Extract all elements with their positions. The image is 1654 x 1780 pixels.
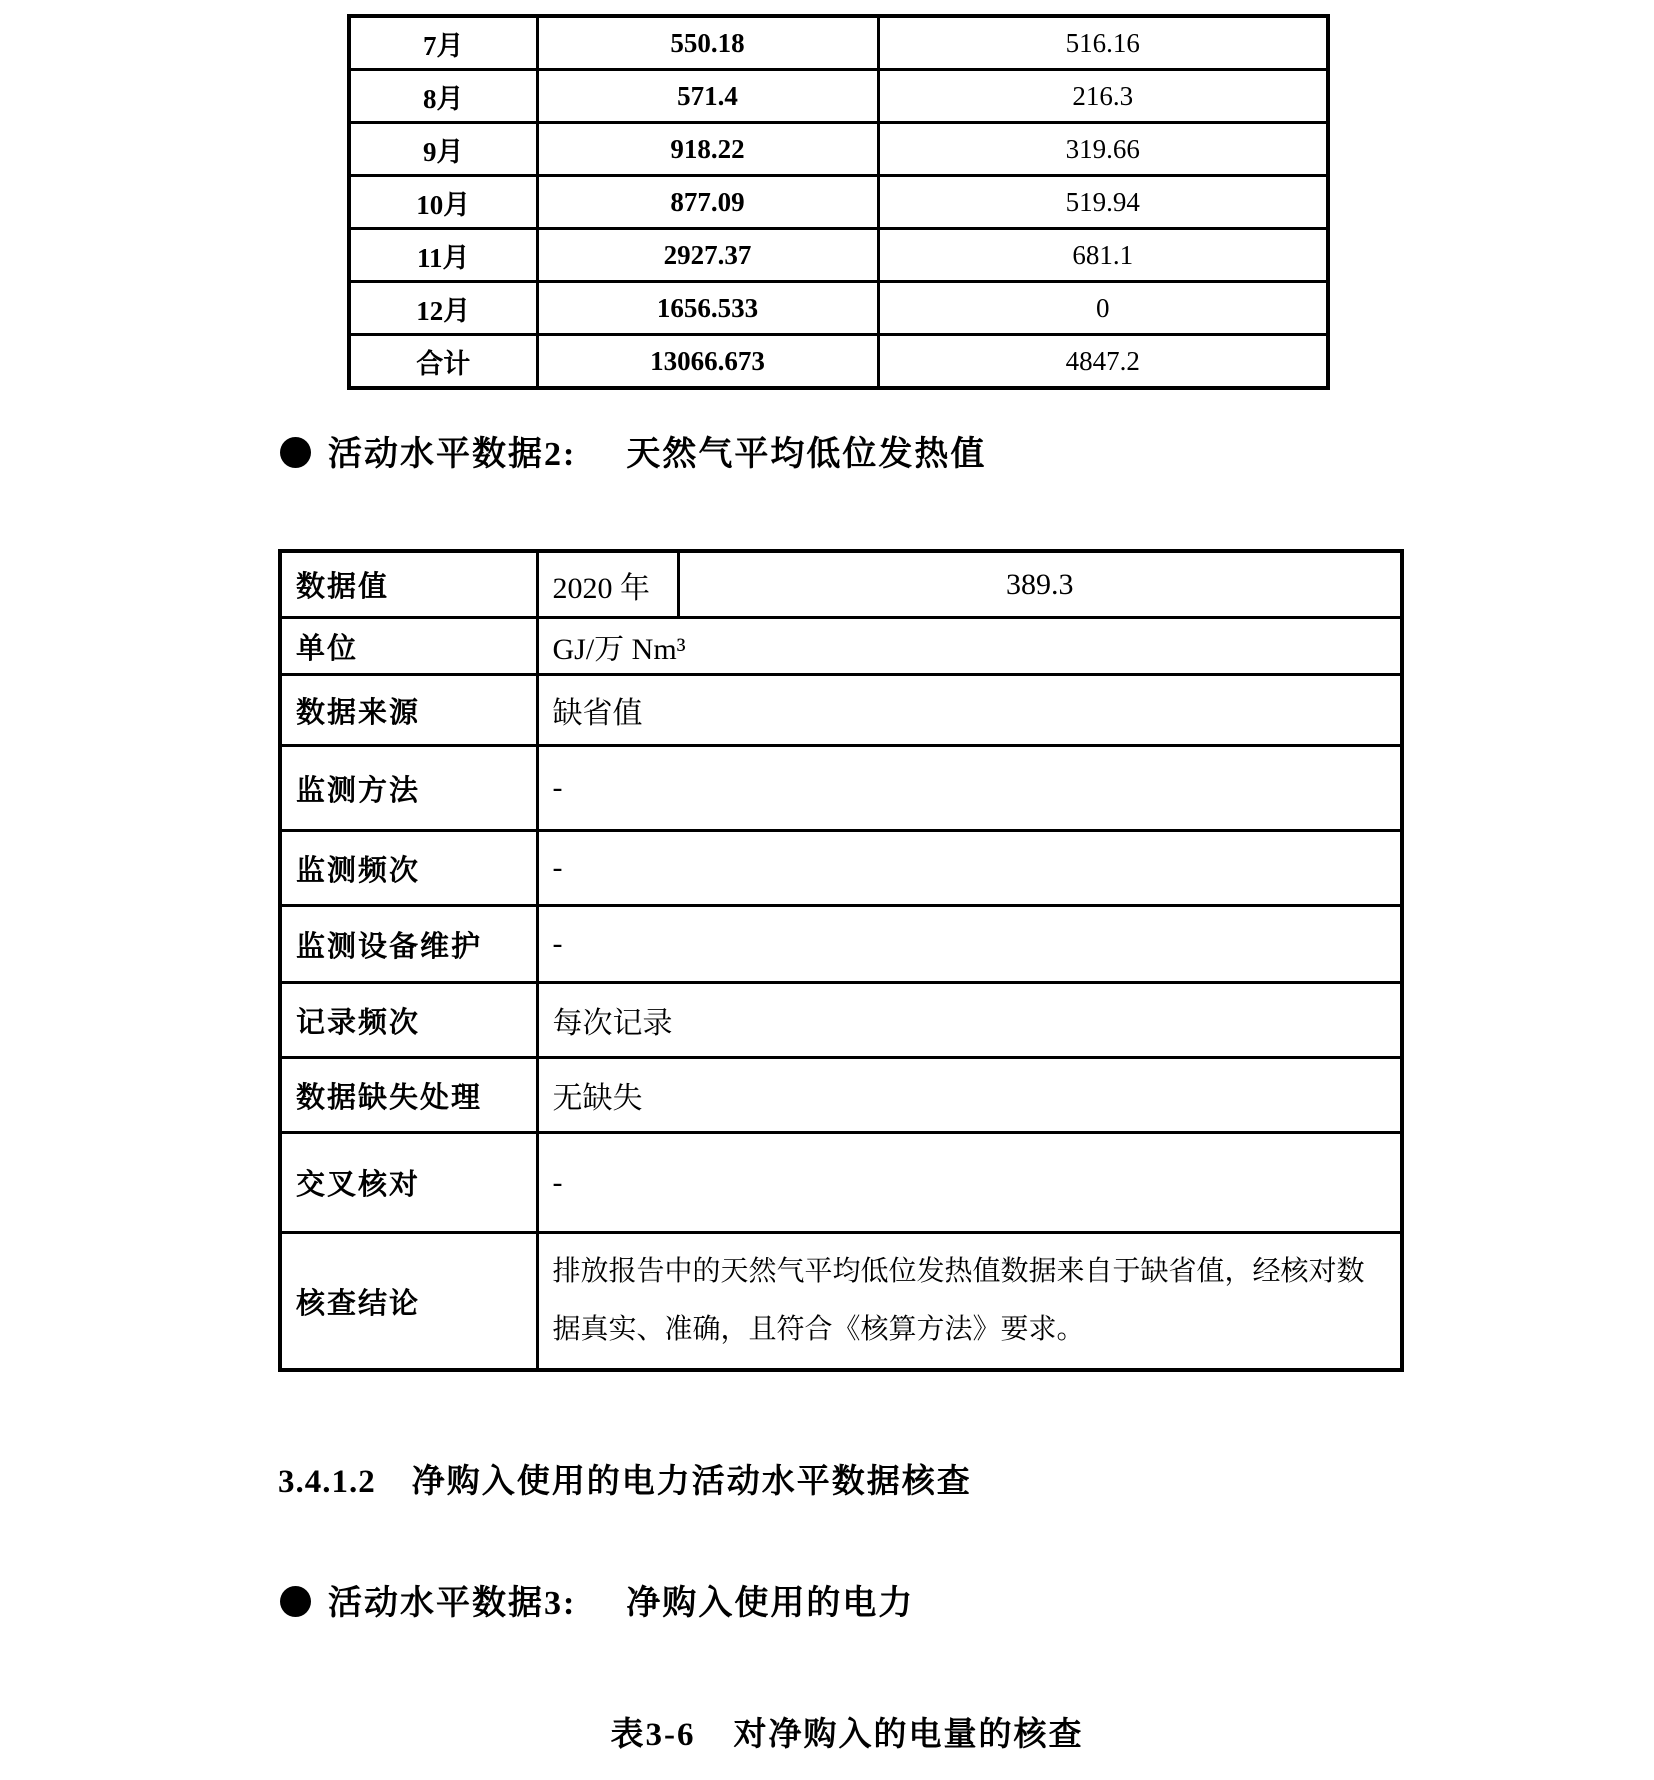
row-label: 监测设备维护 (280, 906, 537, 983)
cell-gas: 918.22 (537, 123, 878, 176)
table-row: 12月1656.5330 (349, 282, 1328, 335)
row-label: 数据缺失处理 (280, 1058, 537, 1133)
cell-other: 319.66 (878, 123, 1328, 176)
section-heading-3-4-1-2: 3.4.1.2净购入使用的电力活动水平数据核查 (278, 1455, 972, 1502)
caption-title: 对净购入的电量的核查 (734, 1717, 1084, 1753)
row-label: 单位 (280, 618, 537, 675)
activity-data-3-heading: 活动水平数据3:净购入使用的电力 (280, 1582, 914, 1626)
cell-year: 2020 年 (537, 551, 678, 618)
table-row: 8月571.4216.3 (349, 70, 1328, 123)
cell-value: - (537, 1133, 1402, 1233)
cell-month: 11月 (349, 229, 537, 282)
cell-other: 519.94 (878, 176, 1328, 229)
cell-other: 0 (878, 282, 1328, 335)
cell-value: - (537, 831, 1402, 906)
table-row: 11月2927.37681.1 (349, 229, 1328, 282)
cell-value: - (537, 906, 1402, 983)
bullet-icon (280, 1586, 311, 1617)
cell-month: 9月 (349, 123, 537, 176)
cell-other: 4847.2 (878, 335, 1328, 389)
table-row: 数据缺失处理无缺失 (280, 1058, 1402, 1133)
activity-data-2-label: 活动水平数据2: (328, 436, 576, 473)
table-row: 核查结论排放报告中的天然气平均低位发热值数据来自于缺省值，经核对数据真实、准确，… (280, 1233, 1402, 1371)
cell-gas: 13066.673 (537, 335, 878, 389)
section-number: 3.4.1.2 (278, 1464, 376, 1500)
cell-gas: 571.4 (537, 70, 878, 123)
bullet-icon (280, 437, 311, 468)
row-label: 交叉核对 (280, 1133, 537, 1233)
cell-value: - (537, 746, 1402, 831)
table-row: 合计13066.6734847.2 (349, 335, 1328, 389)
cell-month: 7月 (349, 16, 537, 70)
heating-value-detail-table: 数据值2020 年389.3单位GJ/万 Nm³数据来源缺省值监测方法-监测频次… (278, 549, 1404, 1372)
cell-month: 12月 (349, 282, 537, 335)
cell-other: 516.16 (878, 16, 1328, 70)
row-label: 监测频次 (280, 831, 537, 906)
cell-gas: 550.18 (537, 16, 878, 70)
table-row: 10月877.09519.94 (349, 176, 1328, 229)
cell-month: 10月 (349, 176, 537, 229)
cell-other: 681.1 (878, 229, 1328, 282)
cell-value: 每次记录 (537, 983, 1402, 1058)
cell-month: 合计 (349, 335, 537, 389)
cell-value: 缺省值 (537, 675, 1402, 746)
table-row: 监测方法- (280, 746, 1402, 831)
table-row: 监测设备维护- (280, 906, 1402, 983)
cell-gas: 2927.37 (537, 229, 878, 282)
caption-number: 表3-6 (611, 1717, 696, 1753)
row-label: 记录频次 (280, 983, 537, 1058)
cell-value: GJ/万 Nm³ (537, 618, 1402, 675)
cell-gas: 877.09 (537, 176, 878, 229)
cell-other: 216.3 (878, 70, 1328, 123)
table-row: 单位GJ/万 Nm³ (280, 618, 1402, 675)
table-row: 记录频次每次记录 (280, 983, 1402, 1058)
cell-month: 8月 (349, 70, 537, 123)
cell-value: 389.3 (678, 551, 1402, 618)
row-label: 数据值 (280, 551, 537, 618)
cell-value: 无缺失 (537, 1058, 1402, 1133)
cell-gas: 1656.533 (537, 282, 878, 335)
cell-value: 排放报告中的天然气平均低位发热值数据来自于缺省值，经核对数据真实、准确，且符合《… (537, 1233, 1402, 1371)
table-row: 监测频次- (280, 831, 1402, 906)
activity-data-2-title: 天然气平均低位发热值 (626, 436, 986, 473)
table-row: 交叉核对- (280, 1133, 1402, 1233)
row-label: 监测方法 (280, 746, 537, 831)
activity-data-3-title: 净购入使用的电力 (626, 1585, 914, 1622)
table-row: 7月550.18516.16 (349, 16, 1328, 70)
table-row: 数据值2020 年389.3 (280, 551, 1402, 618)
table-row: 9月918.22319.66 (349, 123, 1328, 176)
row-label: 数据来源 (280, 675, 537, 746)
activity-data-3-label: 活动水平数据3: (328, 1585, 576, 1622)
section-title: 净购入使用的电力活动水平数据核查 (412, 1464, 972, 1500)
table-row: 数据来源缺省值 (280, 675, 1402, 746)
table-3-6-caption: 表3-6对净购入的电量的核查 (0, 1708, 1654, 1755)
row-label: 核查结论 (280, 1233, 537, 1371)
activity-data-2-heading: 活动水平数据2:天然气平均低位发热值 (280, 433, 986, 477)
monthly-consumption-table: 7月550.18516.168月571.4216.39月918.22319.66… (347, 14, 1330, 390)
